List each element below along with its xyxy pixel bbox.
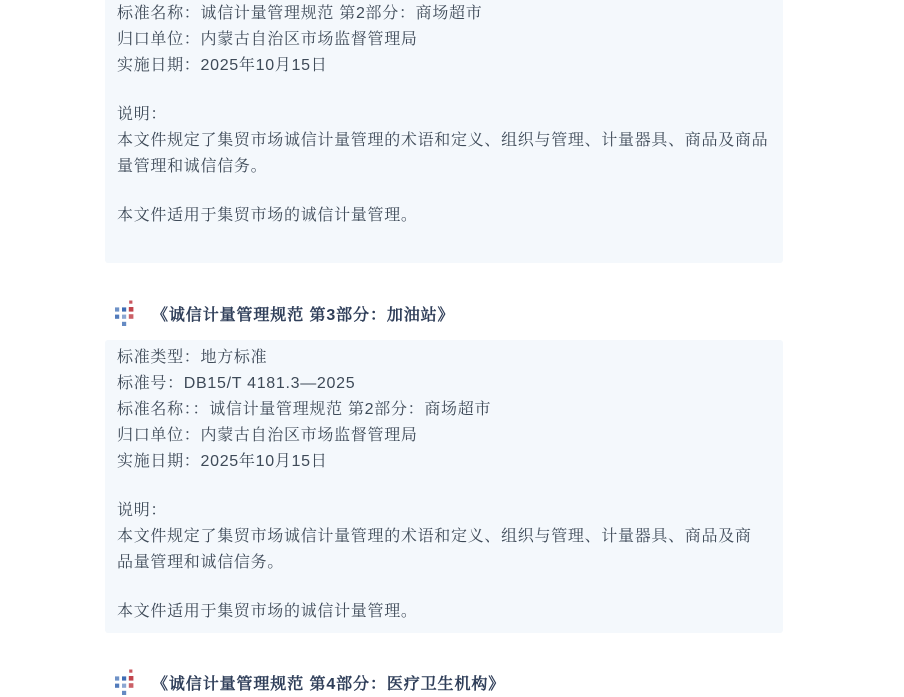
blank-line xyxy=(117,180,771,203)
section-heading-text: 《诚信计量管理规范 第4部分：医疗卫生机构》 xyxy=(152,671,505,694)
note-line: 量管理和诚信信务。 xyxy=(117,154,771,180)
field-implementation-date: 实施日期：2025年10月15日 xyxy=(117,53,771,79)
field-standard-type: 标准类型：地方标准 xyxy=(117,345,771,371)
dot-grid-icon xyxy=(115,300,135,326)
dot-grid-icon xyxy=(115,669,135,695)
note-line: 品量管理和诚信信务。 xyxy=(117,550,771,576)
blank-line xyxy=(117,475,771,498)
field-department: 归口单位：内蒙古自治区市场监督管理局 xyxy=(117,27,771,53)
section-heading-text: 《诚信计量管理规范 第3部分：加油站》 xyxy=(152,302,454,325)
scope-line: 本文件适用于集贸市场的诚信计量管理。 xyxy=(117,599,771,625)
standard-card-part2: 标准名称：诚信计量管理规范 第2部分：商场超市 归口单位：内蒙古自治区市场监督管… xyxy=(105,0,783,263)
section-heading-part4: 《诚信计量管理规范 第4部分：医疗卫生机构》 xyxy=(115,669,505,695)
note-label: 说明： xyxy=(117,498,771,524)
scope-line: 本文件适用于集贸市场的诚信计量管理。 xyxy=(117,203,771,229)
field-implementation-date: 实施日期：2025年10月15日 xyxy=(117,449,771,475)
note-label: 说明： xyxy=(117,102,771,128)
blank-line xyxy=(117,576,771,599)
field-standard-name: 标准名称：：诚信计量管理规范 第2部分：商场超市 xyxy=(117,397,771,423)
field-standard-number: 标准号：DB15/T 4181.3—2025 xyxy=(117,371,771,397)
field-department: 归口单位：内蒙古自治区市场监督管理局 xyxy=(117,423,771,449)
article-page: 标准名称：诚信计量管理规范 第2部分：商场超市 归口单位：内蒙古自治区市场监督管… xyxy=(0,0,904,697)
section-heading-part3: 《诚信计量管理规范 第3部分：加油站》 xyxy=(115,300,454,326)
blank-line xyxy=(117,79,771,102)
note-line: 本文件规定了集贸市场诚信计量管理的术语和定义、组织与管理、计量器具、商品及商品 xyxy=(117,128,771,154)
standard-card-part3: 标准类型：地方标准 标准号：DB15/T 4181.3—2025 标准名称：：诚… xyxy=(105,340,783,633)
field-standard-name: 标准名称：诚信计量管理规范 第2部分：商场超市 xyxy=(117,1,771,27)
note-line: 本文件规定了集贸市场诚信计量管理的术语和定义、组织与管理、计量器具、商品及商 xyxy=(117,524,771,550)
